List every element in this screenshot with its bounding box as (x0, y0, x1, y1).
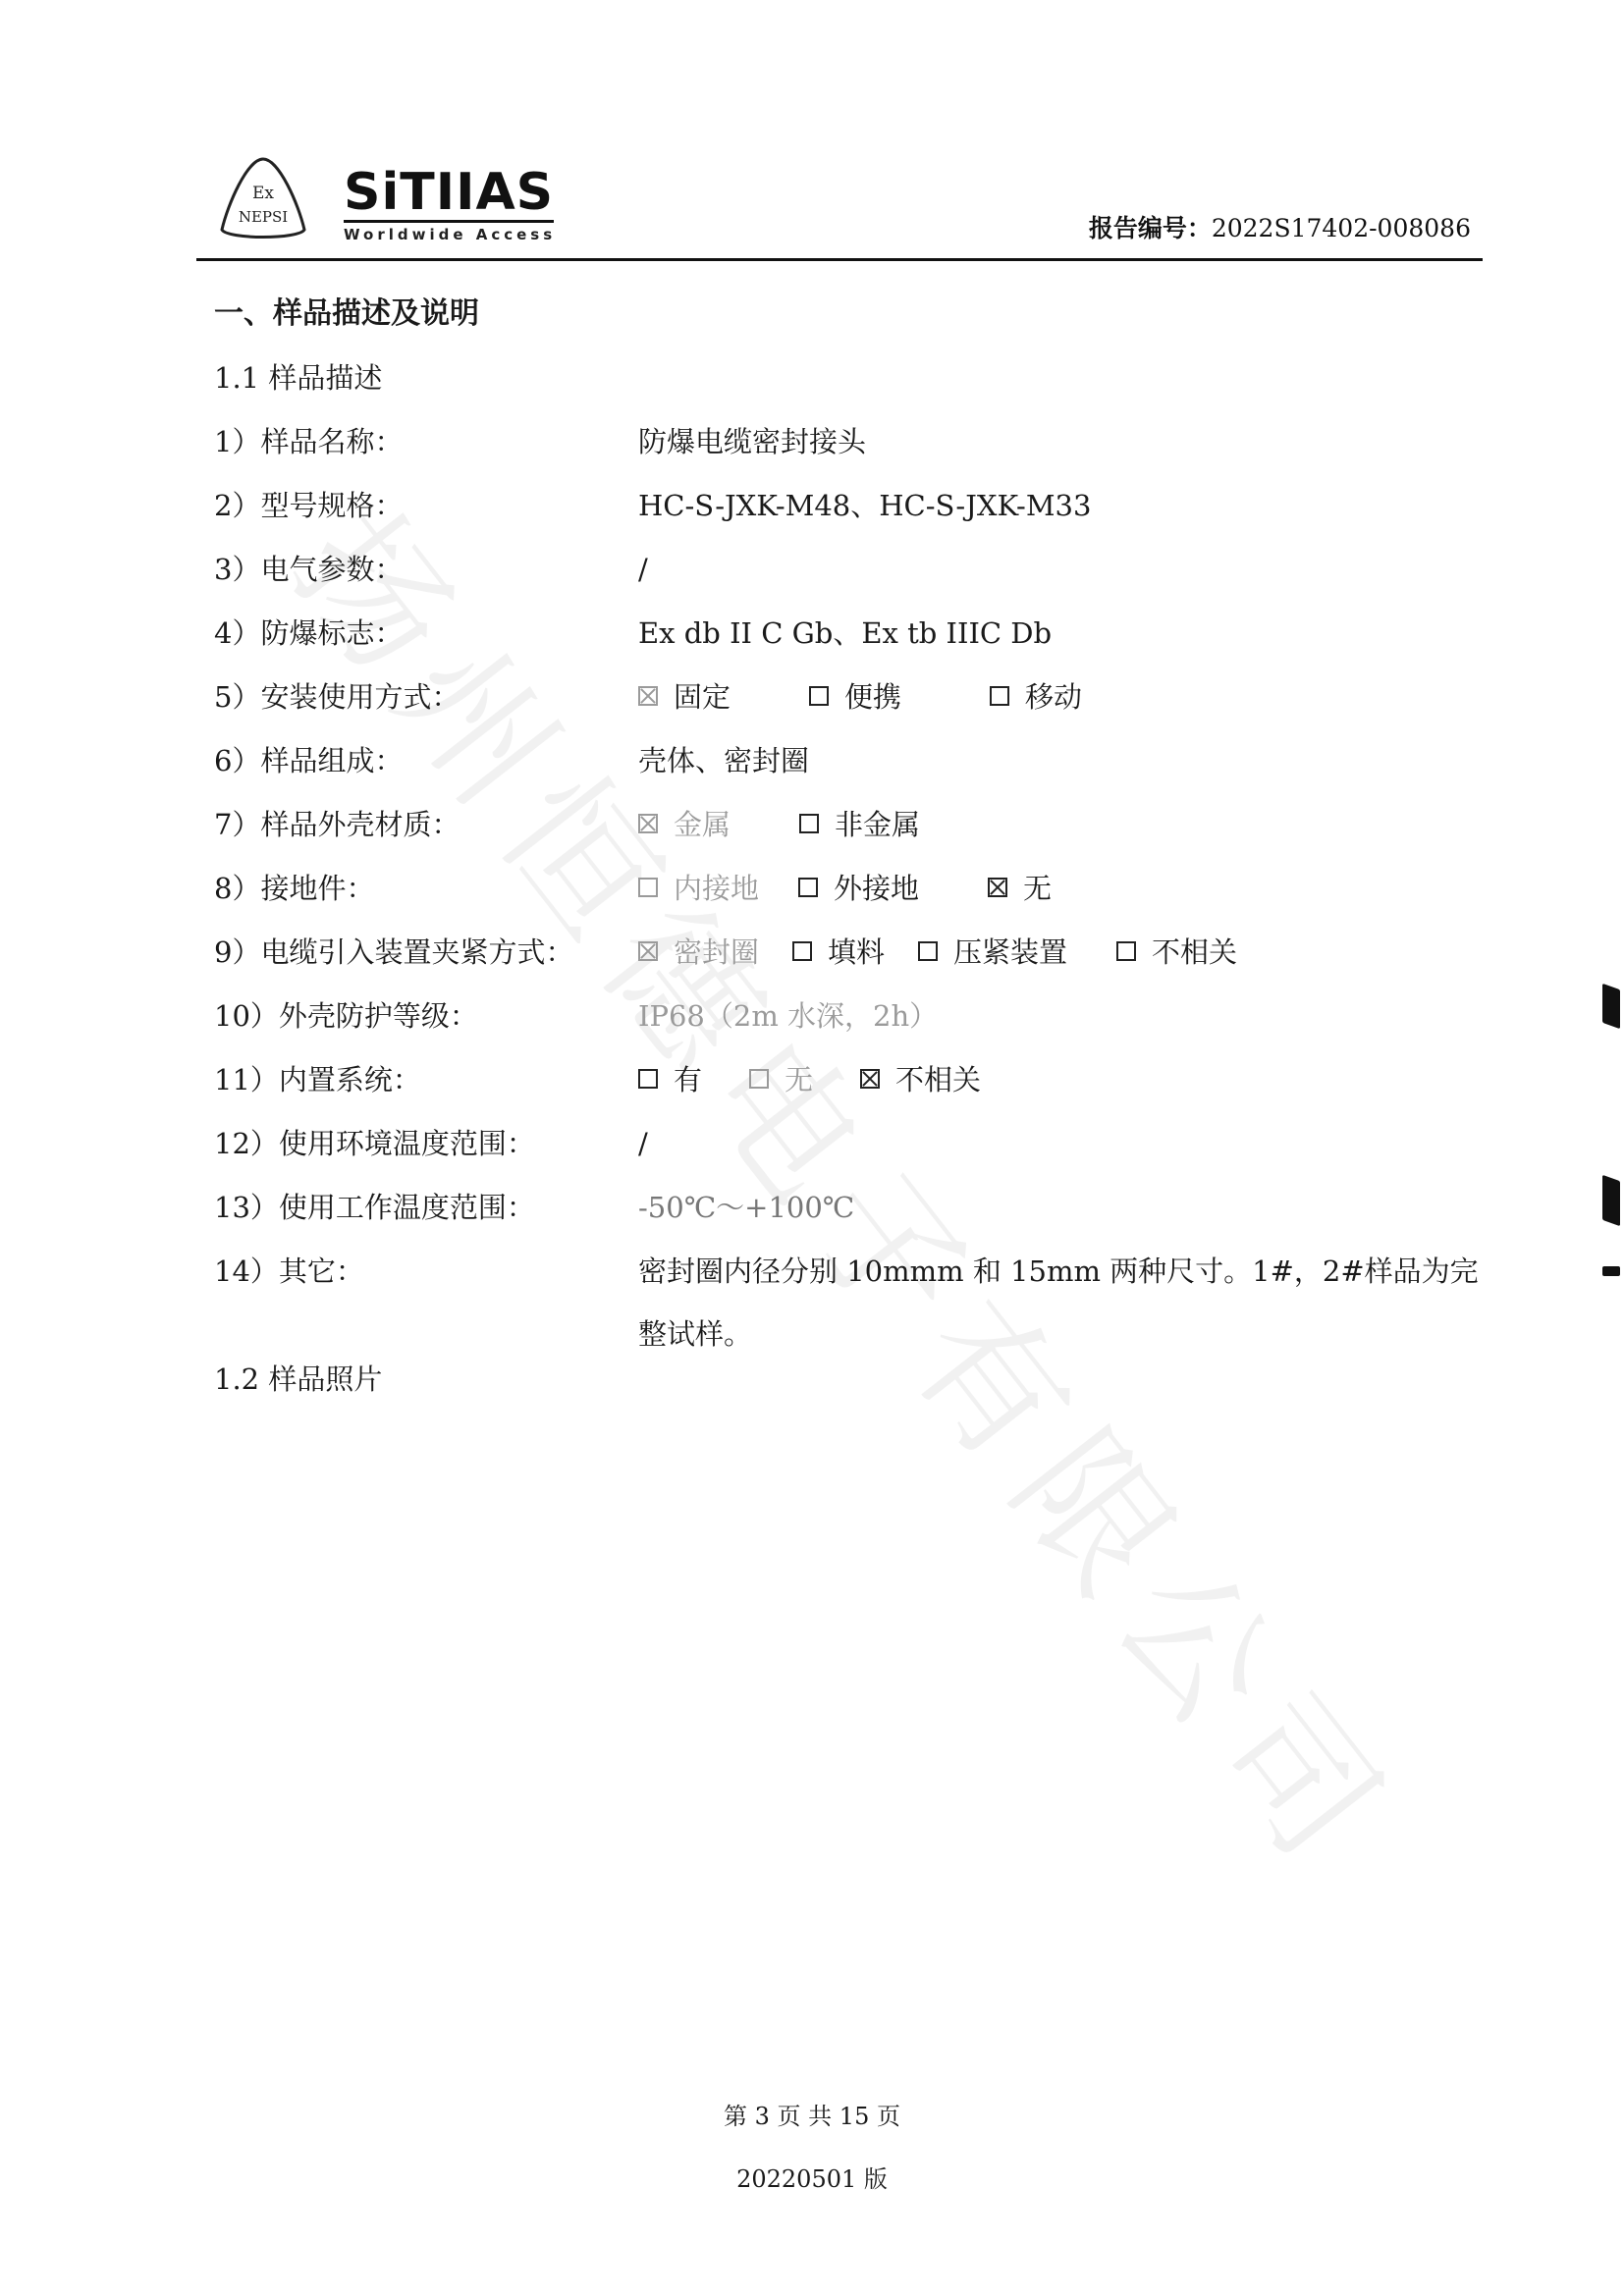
option-item: 不相关 (860, 1055, 981, 1104)
field-label: 13）使用工作温度范围： (214, 1183, 638, 1247)
option-item: 压紧装置 (918, 928, 1067, 977)
field-label: 8）接地件： (214, 864, 638, 928)
subsection-title: 1.1 样品描述 (214, 353, 1490, 417)
empty-box-icon (799, 814, 819, 833)
svg-text:NEPSI: NEPSI (239, 208, 288, 226)
option-item: 无 (988, 864, 1052, 913)
field-label: 3）电气参数： (214, 545, 638, 609)
field-value: 密封圈内径分别 10mmm 和 15mm 两种尺寸。1#，2#样品为完整试样。 (638, 1240, 1490, 1355)
nepsi-shield-icon: Ex NEPSI (218, 155, 308, 243)
empty-box-icon (638, 1069, 658, 1089)
option-item: 非金属 (799, 800, 920, 849)
empty-box-icon (638, 878, 658, 897)
section-title: 一、样品描述及说明 (214, 290, 1490, 353)
checked-box-icon (638, 941, 658, 961)
field-label: 5）安装使用方式： (214, 672, 638, 736)
field-row: 2）型号规格： HC-S-JXK-M48、HC-S-JXK-M33 (214, 481, 1490, 545)
option-group: 固定便携移动 (638, 672, 1490, 736)
field-value: -50℃～+100℃ (638, 1183, 1490, 1247)
subsection-title: 1.2 样品照片 (214, 1355, 1490, 1418)
field-label: 14）其它： (214, 1247, 638, 1355)
field-label: 2）型号规格： (214, 481, 638, 545)
option-item: 不相关 (1116, 928, 1237, 977)
header-divider (196, 258, 1483, 261)
field-row: 13）使用工作温度范围： -50℃～+100℃ (214, 1183, 1490, 1247)
brand-wordmark: SiTIIAS (344, 167, 554, 223)
field-row: 3）电气参数： / (214, 545, 1490, 609)
option-item: 外接地 (798, 864, 919, 913)
checked-box-icon (988, 878, 1007, 897)
field-row: 14）其它： 密封圈内径分别 10mmm 和 15mm 两种尺寸。1#，2#样品… (214, 1247, 1490, 1355)
sample-description: 一、样品描述及说明 1.1 样品描述 1）样品名称： 防爆电缆密封接头 2）型号… (214, 290, 1490, 1418)
svg-text:Ex: Ex (252, 184, 274, 203)
document-version: 20220501 版 (0, 2160, 1624, 2194)
field-label: 1）样品名称： (214, 417, 638, 481)
field-value: 防爆电缆密封接头 (638, 417, 1490, 481)
field-row: 1）样品名称： 防爆电缆密封接头 (214, 417, 1490, 481)
field-label: 6）样品组成： (214, 736, 638, 800)
scan-edge-mark (1602, 984, 1620, 1030)
field-row: 4）防爆标志： Ex db II C Gb、Ex tb IIIC Db (214, 609, 1490, 672)
option-item: 移动 (990, 672, 1082, 721)
option-item: 有 (638, 1055, 702, 1104)
empty-box-icon (798, 878, 818, 897)
nepsi-logo: Ex NEPSI (218, 155, 308, 243)
checked-box-icon (860, 1069, 880, 1089)
checked-box-icon (638, 814, 658, 833)
field-label: 10）外壳防护等级： (214, 991, 638, 1055)
option-item: 金属 (638, 800, 731, 849)
field-value: Ex db II C Gb、Ex tb IIIC Db (638, 609, 1490, 672)
field-value: IP68（2m 水深，2h） (638, 991, 1490, 1055)
option-group: 金属非金属 (638, 800, 1490, 864)
report-number-value: 2022S17402-008086 (1212, 214, 1471, 242)
field-row: 7）样品外壳材质： 金属非金属 (214, 800, 1490, 864)
field-value: / (638, 545, 1490, 609)
report-number-label: 报告编号： (1089, 214, 1212, 242)
scan-edge-mark (1602, 1175, 1620, 1227)
field-row: 12）使用环境温度范围： / (214, 1119, 1490, 1183)
option-group: 有无不相关 (638, 1055, 1490, 1119)
field-label: 12）使用环境温度范围： (214, 1119, 638, 1183)
option-item: 便携 (809, 672, 901, 721)
option-item: 内接地 (638, 864, 759, 913)
page-number: 第 3 页 共 15 页 (0, 2097, 1624, 2131)
report-header: Ex NEPSI SiTIIAS Worldwide Access 报告编号：2… (196, 147, 1483, 265)
field-row: 10）外壳防护等级： IP68（2m 水深，2h） (214, 991, 1490, 1055)
field-row: 11）内置系统： 有无不相关 (214, 1055, 1490, 1119)
sitiias-logo: SiTIIAS Worldwide Access (344, 167, 584, 245)
empty-box-icon (749, 1069, 769, 1089)
option-item: 固定 (638, 672, 731, 721)
field-row: 6）样品组成： 壳体、密封圈 (214, 736, 1490, 800)
option-item: 无 (749, 1055, 813, 1104)
scan-edge-mark (1602, 1266, 1620, 1276)
brand-tagline: Worldwide Access (344, 226, 584, 243)
field-row: 9）电缆引入装置夹紧方式： 密封圈填料压紧装置不相关 (214, 928, 1490, 991)
option-item: 密封圈 (638, 928, 759, 977)
report-number: 报告编号：2022S17402-008086 (1089, 209, 1471, 244)
option-group: 密封圈填料压紧装置不相关 (638, 928, 1490, 991)
checked-box-icon (638, 686, 658, 706)
field-row: 5）安装使用方式： 固定便携移动 (214, 672, 1490, 736)
empty-box-icon (990, 686, 1009, 706)
field-value: 壳体、密封圈 (638, 736, 1490, 800)
option-group: 内接地外接地无 (638, 864, 1490, 928)
field-row: 8）接地件： 内接地外接地无 (214, 864, 1490, 928)
field-value: HC-S-JXK-M48、HC-S-JXK-M33 (638, 481, 1490, 545)
option-item: 填料 (792, 928, 885, 977)
empty-box-icon (1116, 941, 1136, 961)
field-label: 7）样品外壳材质： (214, 800, 638, 864)
empty-box-icon (809, 686, 829, 706)
field-value: / (638, 1119, 1490, 1183)
field-label: 11）内置系统： (214, 1055, 638, 1119)
field-label: 9）电缆引入装置夹紧方式： (214, 928, 638, 991)
empty-box-icon (918, 941, 938, 961)
empty-box-icon (792, 941, 812, 961)
field-label: 4）防爆标志： (214, 609, 638, 672)
